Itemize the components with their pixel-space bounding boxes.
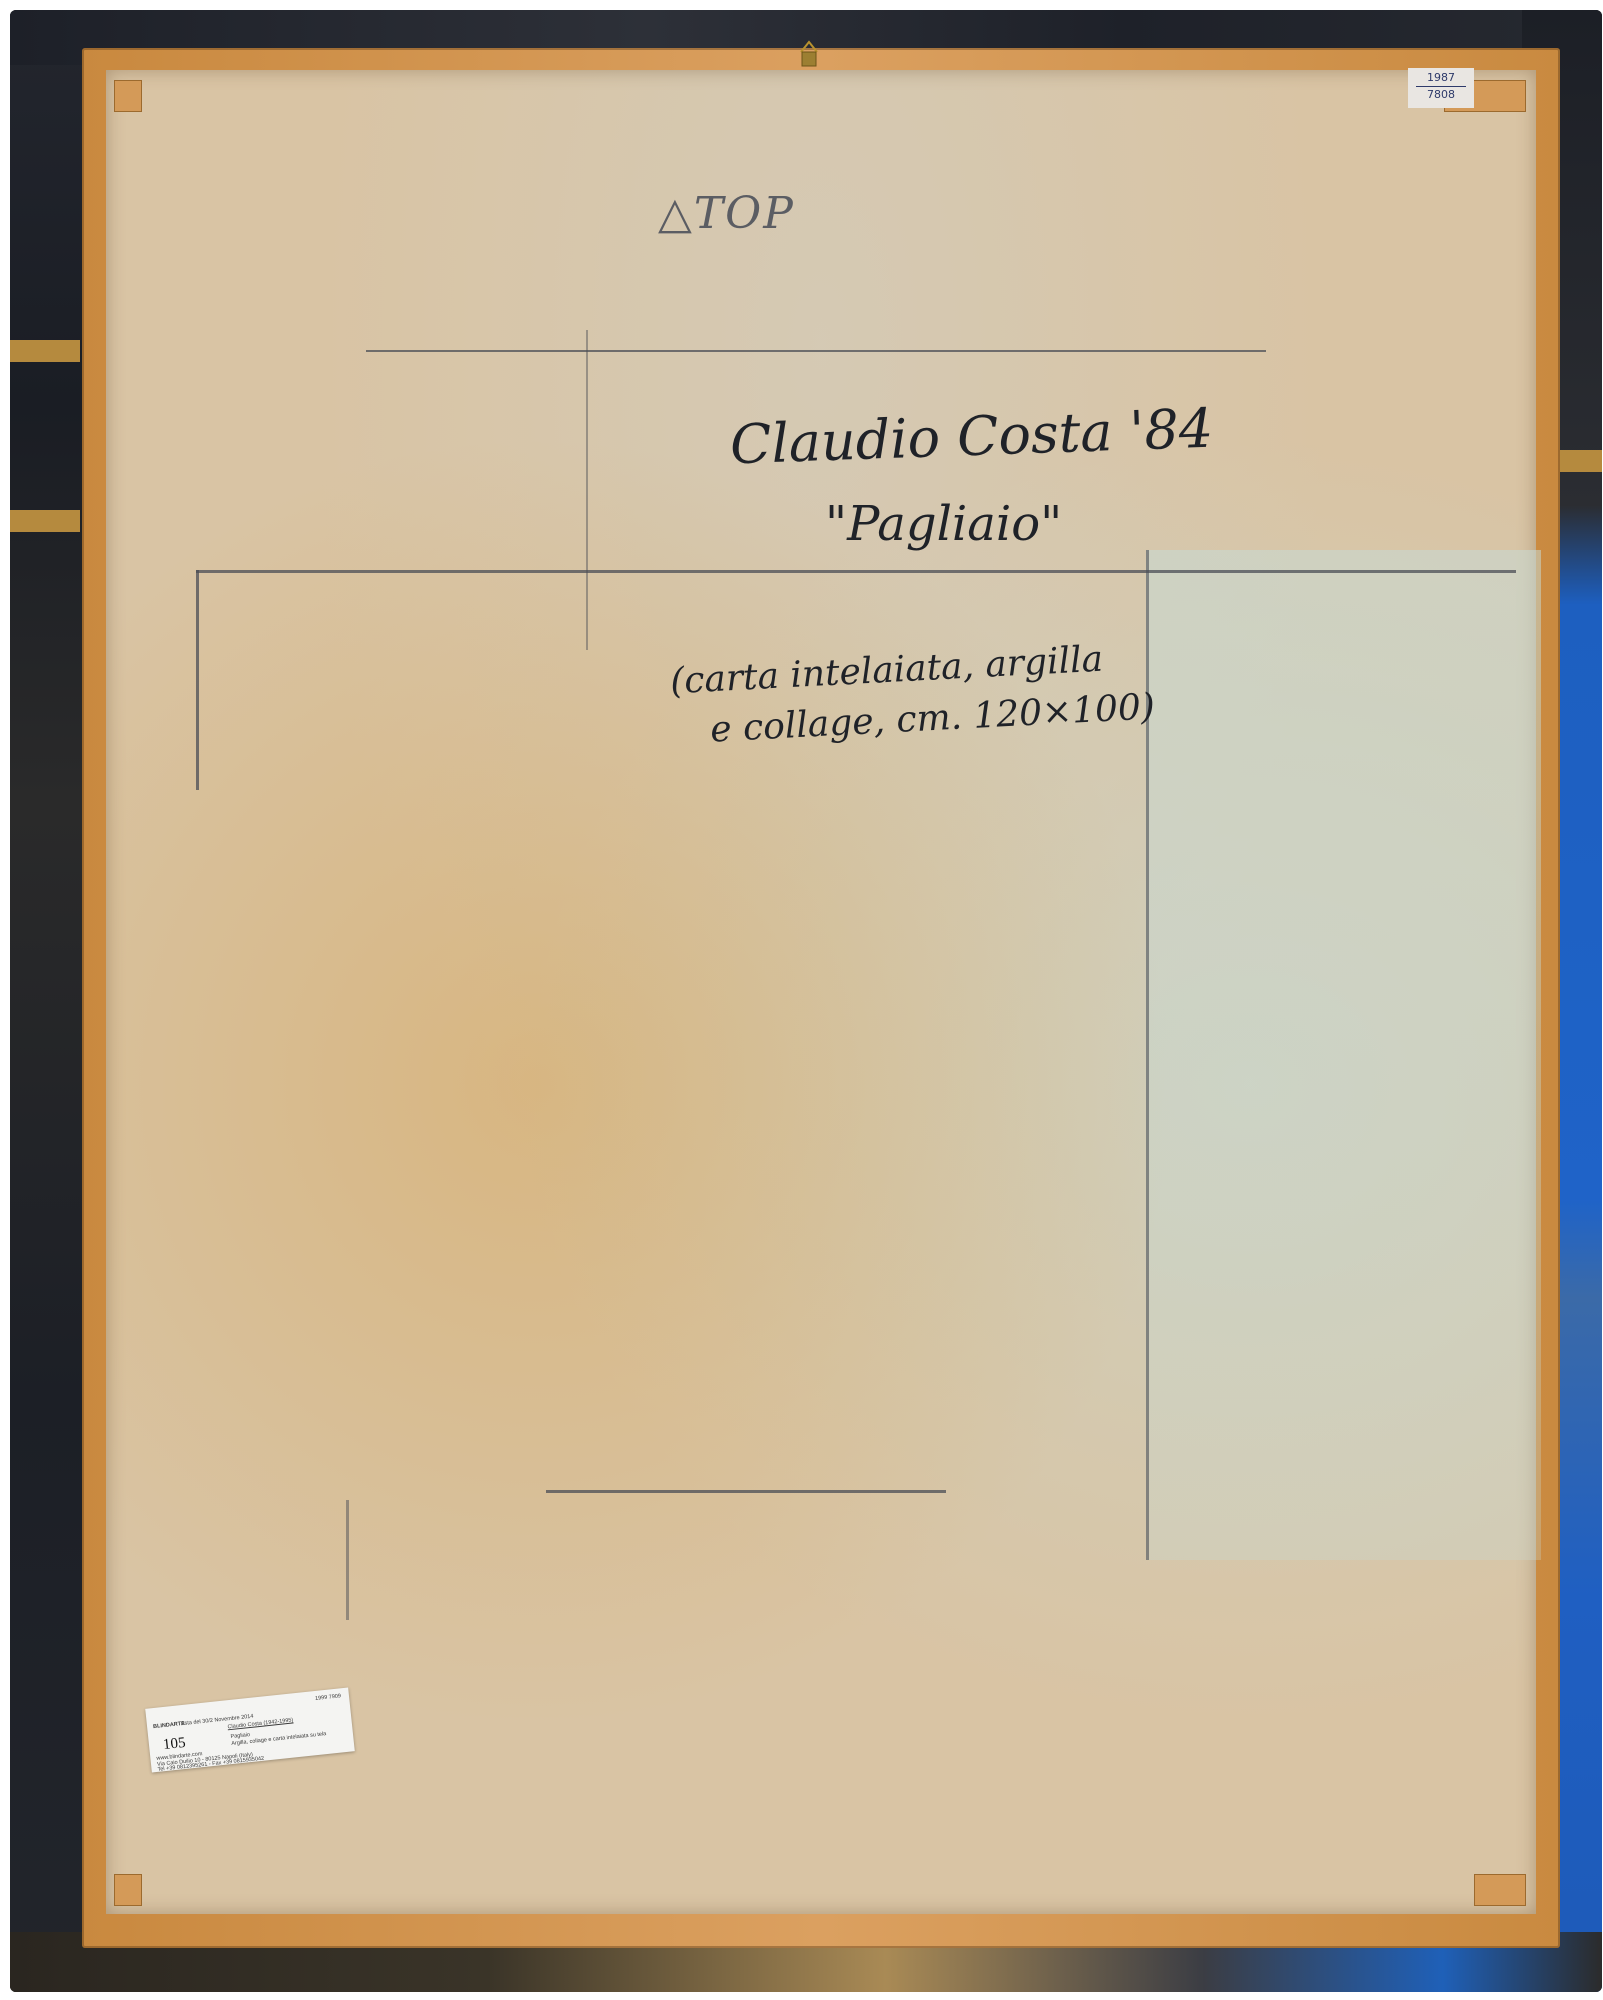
orientation-mark: △TOP — [658, 188, 795, 239]
pencil-guide-line — [586, 330, 588, 650]
inventory-label: 1987 7808 — [1408, 68, 1474, 108]
canvas-reverse — [106, 70, 1536, 1914]
gold-paint-band — [10, 510, 80, 532]
pencil-guide-line — [366, 350, 1266, 352]
ink-guide-line — [196, 570, 1516, 573]
ink-guide-line — [546, 1490, 946, 1493]
ink-guide-line — [196, 570, 199, 790]
artwork-title: "Pagliaio" — [825, 496, 1062, 552]
pale-blue-stain — [1146, 550, 1541, 1560]
painted-edge-left — [10, 10, 90, 1992]
corner-key — [114, 1874, 142, 1906]
wooden-stretcher — [82, 48, 1560, 1948]
gold-paint-band — [10, 340, 80, 362]
ink-guide-line — [346, 1500, 349, 1620]
hanger-icon — [798, 40, 820, 68]
lot-number: 105 — [162, 1735, 186, 1754]
corner-key — [114, 80, 142, 112]
corner-key — [1474, 1874, 1526, 1906]
painting-back: 1987 7808 △TOP Claudio Costa '84 "Paglia… — [10, 10, 1602, 1992]
